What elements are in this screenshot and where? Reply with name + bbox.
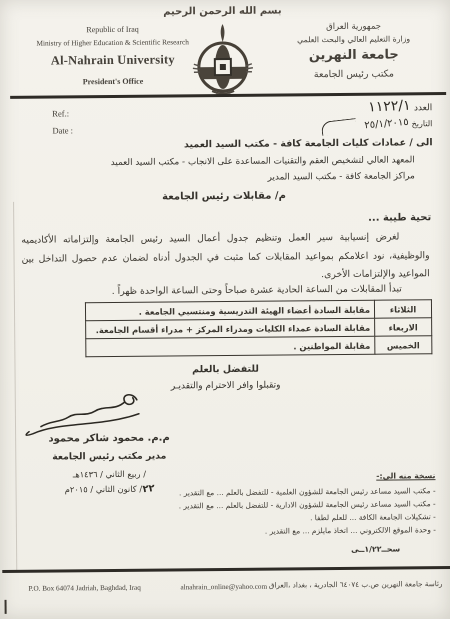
footer-separator-rule	[2, 566, 450, 573]
signatory-title: مدير مكتب رئيس الجامعة	[29, 450, 189, 462]
number-value-handwritten: ١١٢٢/١	[368, 98, 411, 116]
schedule-activity: مقابلة المواطنين .	[86, 336, 375, 357]
body-paragraph: لغرض إنسيابية سير العمل وتنظيم جدول أعما…	[21, 228, 429, 287]
recipient-line-2: المعهد العالي لتشخيص العقم والتقنيات الم…	[111, 155, 415, 168]
header-ministry-ar: وزارة التعليم العالي والبحث العلمي	[281, 34, 427, 44]
clerk-mark: سحــ١/٢٢ــى	[351, 544, 400, 553]
schedule-table: الثلاثاء مقابلة السادة أعضاء الهيئة التد…	[85, 299, 432, 357]
table-row: الخميس مقابلة المواطنين .	[86, 336, 432, 357]
subject-line: م/ مقابلات رئيس الجامعة	[0, 189, 449, 204]
header-office-ar: مكتب رئيس الجامعة	[281, 68, 427, 80]
greeting-line: تحية طيبة ...	[368, 212, 431, 224]
ref-label: Ref.:	[52, 105, 73, 122]
recipient-line-1: الى / عمادات كليات الجامعة كافة - مكتب ا…	[184, 137, 433, 150]
date-label: Date :	[52, 122, 73, 139]
date-value-handwritten: ٢٥/١/٢٠١٥	[364, 117, 409, 131]
footer-email: alnahrain_online@yahoo.com	[180, 583, 267, 592]
cc-block: نسخة منه الى:- - مكتب السيد مساعد رئيس ا…	[175, 471, 436, 538]
signatory-name: م.م. محمود شاكر محمود	[29, 432, 189, 444]
gregorian-date-typed: / كانون الثاني / ٢٠١٥م	[65, 484, 142, 495]
header-country-en: Republic of Iraq	[22, 24, 204, 35]
footer-address-ar: رئاسة جامعة النهرين ص.ب ٦٤٠٧٤ الجادرية ،…	[269, 579, 443, 590]
number-label-ar: العدد	[414, 103, 432, 113]
header-university-en: Al-Nahrain University	[22, 52, 204, 69]
closing-line-1: للتفضل بالعلم	[0, 362, 450, 377]
letter-number-row: العدد ١١٢٢/١	[369, 98, 433, 115]
handwriting-flourish-stroke	[321, 118, 357, 136]
footer-address-en: P.O. Box 64074 Jadriah, Baghdad, Iraq	[28, 584, 140, 593]
signature-gregorian-date: ٢٢/ كانون الثاني / ٢٠١٥م	[30, 483, 190, 495]
cc-header: نسخة منه الى:-	[175, 471, 435, 482]
date-label-ar: التاريخ	[412, 119, 433, 128]
header-arabic-block: جمهورية العراق وزارة التعليم العالي والب…	[280, 21, 427, 80]
ref-date-labels: Ref.: Date :	[52, 105, 73, 139]
header-country-ar: جمهورية العراق	[280, 21, 426, 32]
scanned-letter-page: بسم الله الرحمن الرحيم Republic of Iraq …	[0, 0, 450, 619]
header-office-en: President's Office	[22, 76, 204, 87]
gregorian-day-handwritten: ٢٢	[142, 483, 155, 495]
scan-corner-artifact	[5, 600, 7, 614]
header-ministry-en: Ministry of Higher Education & Scientifi…	[22, 37, 204, 48]
cc-item: - وحدة الموقع الالكتروني ... اتخاذ مايلز…	[176, 523, 436, 538]
body-note: تبدأ المقابلات من الساعة الحادية عشرة صب…	[22, 283, 430, 298]
schedule-day: الثلاثاء	[374, 300, 431, 318]
header-english-block: Republic of Iraq Ministry of Higher Educ…	[22, 24, 205, 87]
signature-hijri-date: / ربيع الثاني / ١٤٣٦هـ	[29, 468, 189, 479]
schedule-day: الاربعاء	[375, 318, 432, 336]
university-emblem-icon	[189, 22, 256, 97]
schedule-day: الخميس	[375, 336, 432, 354]
header-university-ar: جامعة النهرين	[281, 47, 427, 63]
letter-date-row: التاريخ ٢٥/١/٢٠١٥	[365, 118, 433, 130]
recipient-line-3: مراكز الجامعة كافة - مكتب السيد المدير	[268, 171, 415, 182]
bismillah-calligraphy: بسم الله الرحمن الرحيم	[0, 4, 447, 19]
